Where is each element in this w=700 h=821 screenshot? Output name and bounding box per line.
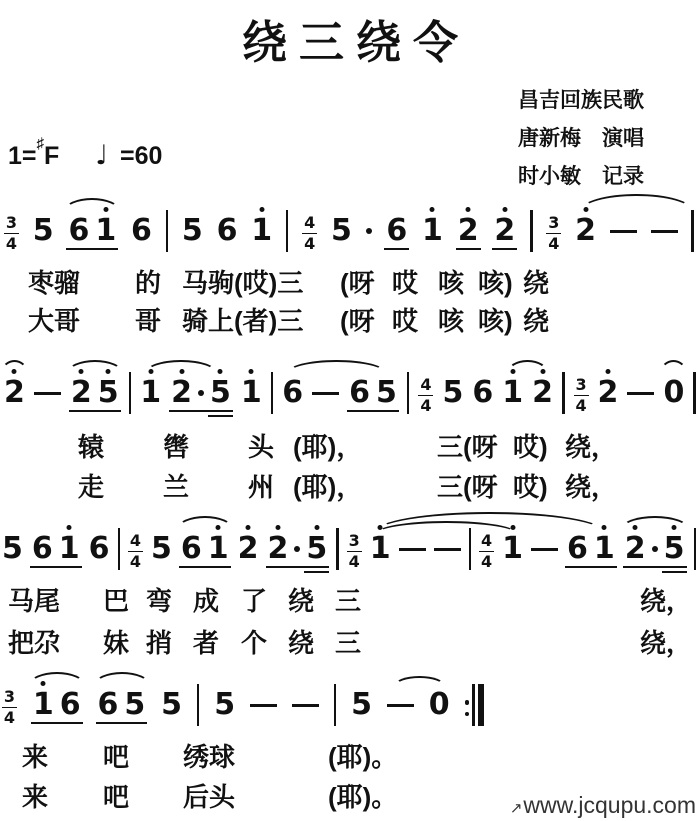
octave-dot — [605, 369, 610, 374]
repeat-dot — [465, 712, 470, 717]
note: 6 — [349, 378, 370, 408]
octave-dot — [378, 525, 383, 530]
note: 5 — [442, 378, 463, 408]
time-sig-numerator: 3 — [6, 215, 17, 231]
lyric-segment: 绕 — [523, 306, 549, 337]
barline-stroke — [407, 372, 410, 414]
time-sig-numerator: 4 — [420, 377, 431, 393]
note-token: 6 — [131, 198, 152, 260]
lyric-segment: 妹 — [103, 628, 129, 659]
time-signature: 44 — [418, 352, 433, 422]
note: 2 — [458, 216, 479, 246]
lyric-segment: 马驹(哎)三 — [182, 268, 303, 299]
lyric-segment: (耶)。 — [328, 742, 397, 773]
credit-singer: 唐新梅 演唱 — [518, 120, 644, 158]
quarter-note-icon: ♩ — [95, 140, 108, 171]
barline — [129, 360, 132, 422]
note: 1 — [502, 378, 523, 408]
lyric-segment: 三(呀 — [437, 472, 498, 503]
barline — [694, 516, 697, 578]
note: 2 — [598, 378, 619, 408]
augmentation-dot — [652, 546, 658, 552]
lyric-segment: 来 — [22, 742, 48, 773]
note: 5 — [351, 690, 372, 720]
time-signature: 44 — [302, 190, 317, 260]
time-sig-numerator: 4 — [304, 215, 315, 231]
barline-stroke — [271, 372, 274, 414]
lyric-segment: 绕， — [565, 432, 617, 463]
note: 1 — [502, 534, 523, 564]
held-dash — [610, 230, 637, 234]
note: 2 — [532, 378, 553, 408]
held-dash — [387, 704, 414, 708]
beam-group: 16 — [32, 672, 82, 734]
key-signature: 1=♯F♩=60 — [8, 140, 162, 171]
eighth-beam — [96, 722, 148, 725]
lyric-segment: 绕， — [640, 586, 692, 617]
note: 2 — [625, 534, 646, 564]
held-dash — [292, 704, 319, 708]
lyric-segment: (呀 — [340, 306, 375, 337]
beam-group: 65 — [348, 360, 398, 422]
lyric-segment: 绕 — [288, 628, 314, 659]
time-sig-denominator: 4 — [304, 236, 315, 252]
barline-stroke — [129, 372, 132, 414]
lyric-row-2: 大哥哥骑上(者)三(呀哎咳咳)绕 — [0, 306, 700, 338]
note-token: 6 — [217, 198, 238, 260]
held-dash — [651, 230, 678, 234]
octave-dot — [314, 525, 319, 530]
lyric-segment: 州 — [248, 472, 274, 503]
barline — [691, 198, 694, 260]
lyric-segment: 三(呀 — [437, 432, 498, 463]
lyric-segment: 辔 — [163, 432, 189, 463]
rest-token: 0 — [429, 672, 450, 734]
beam-group: 61 — [180, 516, 230, 578]
note: 2 — [494, 216, 515, 246]
note-token: 5 — [161, 672, 182, 734]
barline — [334, 672, 337, 734]
time-sig-denominator: 4 — [420, 398, 431, 414]
lyric-segment: 吧 — [103, 742, 129, 773]
octave-dot — [249, 369, 254, 374]
lyric-segment: 绕， — [640, 628, 692, 659]
note: 5 — [151, 534, 172, 564]
lyric-segment: 咳) — [478, 306, 513, 337]
credit-recorder: 时小敏 记录 — [518, 158, 644, 196]
note-token: 2 — [532, 360, 553, 422]
note-token: 1 — [370, 516, 391, 578]
note: 1 — [251, 216, 272, 246]
lyric-row-6: 把尕妹捎者个绕三绕， — [0, 628, 700, 660]
eighth-beam — [384, 248, 409, 251]
lyric-row-5: 马尾巴弯成了绕三绕， — [0, 586, 700, 618]
eighth-beam — [456, 248, 481, 251]
held-dash — [312, 392, 339, 396]
lyric-segment: 绕 — [288, 586, 314, 617]
beam-group: 6 — [385, 198, 408, 260]
note: 6 — [386, 216, 407, 246]
held-dash-token — [651, 198, 678, 260]
note: 2 — [171, 378, 192, 408]
time-signature: 44 — [479, 508, 494, 578]
octave-dot — [430, 207, 435, 212]
sixteenth-beam — [208, 415, 233, 418]
lyric-segment: 辕 — [78, 432, 104, 463]
barline — [530, 198, 533, 260]
time-signature: 34 — [347, 508, 362, 578]
lyric-segment: 哎) — [513, 472, 548, 503]
time-sig-denominator: 4 — [4, 710, 15, 726]
barline — [166, 198, 169, 260]
lyric-row-7: 来吧绣球(耶)。 — [0, 742, 700, 774]
held-dash-token — [387, 672, 414, 734]
note: 2 — [575, 216, 596, 246]
repeat-dot — [465, 700, 470, 705]
time-sig-numerator: 3 — [575, 377, 586, 393]
note: 6 — [131, 216, 152, 246]
time-sig-numerator: 3 — [349, 533, 360, 549]
note: 6 — [60, 690, 81, 720]
note-token: 2 — [575, 198, 596, 260]
watermark: ↗www.jcqupu.com — [510, 792, 696, 819]
beam-group: 2 — [493, 198, 516, 260]
note: 6 — [282, 378, 303, 408]
note: 2 — [268, 534, 289, 564]
lyric-segment: 个 — [241, 628, 267, 659]
lyric-segment: 来 — [22, 782, 48, 813]
music-line-4: 3416655550 — [2, 668, 484, 734]
note-token: 5 — [151, 516, 172, 578]
eighth-beam — [266, 566, 330, 569]
barline — [469, 516, 472, 578]
tempo: ♩=60 — [95, 142, 162, 170]
rest-token: 0 — [663, 360, 684, 422]
barline — [118, 516, 121, 578]
lyric-segment: 成 — [193, 586, 219, 617]
note: 1 — [140, 378, 161, 408]
lyric-segment: 咳 — [438, 268, 464, 299]
note: 6 — [89, 534, 110, 564]
lyric-segment: 兰 — [163, 472, 189, 503]
eighth-beam — [492, 248, 517, 251]
time-signature: 34 — [574, 352, 589, 422]
note: 2 — [238, 534, 259, 564]
note-token: 5 — [2, 516, 23, 578]
barline — [286, 198, 289, 260]
octave-dot — [148, 369, 153, 374]
held-dash-token — [531, 516, 558, 578]
lyric-segment: 后头 — [183, 782, 235, 813]
lyric-segment: 哥 — [135, 306, 161, 337]
octave-dot — [218, 369, 223, 374]
note-token: 5 — [33, 198, 54, 260]
eighth-beam — [169, 410, 233, 413]
note: 2 — [71, 378, 92, 408]
held-dash — [250, 704, 277, 708]
lyric-segment: 把尕 — [8, 628, 60, 659]
time-signature: 34 — [2, 664, 17, 734]
note: 1 — [370, 534, 391, 564]
held-dash-token — [627, 360, 654, 422]
credit-origin: 昌吉回族民歌 — [518, 82, 644, 120]
lyric-segment: 骑上(者)三 — [182, 306, 303, 337]
barline-stroke — [197, 684, 200, 726]
rest-note: 0 — [429, 690, 450, 720]
eighth-beam — [347, 410, 399, 413]
beam-group: 2 — [457, 198, 480, 260]
lyric-segment: 者 — [193, 628, 219, 659]
held-dash-token — [292, 672, 319, 734]
barline-stroke — [469, 528, 472, 570]
arrow-icon: ↗ — [510, 800, 523, 817]
octave-dot — [106, 369, 111, 374]
note: 6 — [567, 534, 588, 564]
held-dash — [399, 548, 426, 552]
note-token: 5 — [442, 360, 463, 422]
time-sig-numerator: 4 — [481, 533, 492, 549]
eighth-beam — [31, 722, 83, 725]
lyric-segment: 哎 — [392, 268, 418, 299]
note: 1 — [208, 534, 229, 564]
beam-group: 61 — [67, 198, 117, 260]
octave-dot — [540, 369, 545, 374]
note: 6 — [68, 216, 89, 246]
octave-dot — [259, 207, 264, 212]
note: 6 — [32, 534, 53, 564]
note-token: 1 — [241, 360, 262, 422]
repeat-end-barline — [465, 672, 485, 734]
held-dash-token — [34, 360, 61, 422]
held-dash-token — [312, 360, 339, 422]
thick-barline — [478, 684, 485, 726]
beam-group: 65 — [97, 672, 147, 734]
song-title: 绕三绕令 — [0, 6, 700, 71]
music-line-2: 22512516654456123420 — [4, 356, 696, 422]
barline-stroke — [562, 372, 565, 414]
music-line-1: 3456165614456122342 — [4, 194, 694, 260]
note: 6 — [217, 216, 238, 246]
lyric-segment: 咳 — [438, 306, 464, 337]
note: 1 — [594, 534, 615, 564]
eighth-beam — [69, 410, 121, 413]
note: 1 — [422, 216, 443, 246]
octave-dot — [583, 207, 588, 212]
barline-stroke — [691, 210, 694, 252]
time-signature: 34 — [546, 190, 561, 260]
lyric-segment: 吧 — [103, 782, 129, 813]
time-sig-numerator: 4 — [130, 533, 141, 549]
octave-dot — [466, 207, 471, 212]
octave-dot — [246, 525, 251, 530]
note: 5 — [2, 534, 23, 564]
barline — [336, 516, 339, 578]
sharp-icon: ♯ — [37, 135, 45, 152]
lyric-segment: 咳) — [478, 268, 513, 299]
time-signature: 44 — [128, 508, 143, 578]
octave-dot — [67, 525, 72, 530]
note-token: 5 — [331, 198, 352, 260]
barline-stroke — [118, 528, 121, 570]
barline-stroke — [530, 210, 533, 252]
note: 6 — [472, 378, 493, 408]
lyric-segment: 捎 — [146, 628, 172, 659]
lyric-segment: 枣骝 — [28, 268, 80, 299]
octave-dot — [502, 207, 507, 212]
thin-barline — [472, 684, 475, 726]
lyric-segment: 大哥 — [28, 306, 80, 337]
held-dash-token — [610, 198, 637, 260]
time-signature: 34 — [4, 190, 19, 260]
eighth-beam — [66, 248, 118, 251]
lyric-segment: (耶)， — [293, 472, 362, 503]
octave-dot — [672, 525, 677, 530]
note-token: 5 — [182, 198, 203, 260]
lyric-segment: 巴 — [103, 586, 129, 617]
note: 5 — [33, 216, 54, 246]
time-sig-denominator: 4 — [130, 554, 141, 570]
note: 1 — [95, 216, 116, 246]
held-dash-token — [434, 516, 461, 578]
beam-group: 25 — [170, 360, 232, 422]
barline-stroke — [166, 210, 169, 252]
note: 5 — [664, 534, 685, 564]
note-token: 6 — [472, 360, 493, 422]
beam-group: 25 — [267, 516, 329, 578]
note-token: 1 — [251, 198, 272, 260]
octave-dot — [602, 525, 607, 530]
lyric-segment: 哎 — [392, 306, 418, 337]
eighth-beam — [565, 566, 617, 569]
lyric-segment: (耶)， — [293, 432, 362, 463]
octave-dot — [79, 369, 84, 374]
time-sig-denominator: 4 — [349, 554, 360, 570]
repeat-dots — [465, 700, 470, 716]
lyric-segment: 绕 — [523, 268, 549, 299]
rest-note: 0 — [663, 378, 684, 408]
beam-group: 61 — [566, 516, 616, 578]
note: 2 — [4, 378, 25, 408]
held-dash — [531, 548, 558, 552]
eighth-beam — [179, 566, 231, 569]
note: 5 — [331, 216, 352, 246]
note-token: 2 — [4, 360, 25, 422]
time-sig-numerator: 3 — [548, 215, 559, 231]
key-letter: F — [44, 142, 59, 170]
lyric-segment: 了 — [241, 586, 267, 617]
held-dash-token — [399, 516, 426, 578]
barline — [562, 360, 565, 422]
beam-group: 25 — [70, 360, 120, 422]
octave-dot — [633, 525, 638, 530]
eighth-beam — [30, 566, 82, 569]
augmentation-dot — [366, 228, 372, 234]
note-token: 1 — [140, 360, 161, 422]
note: 6 — [181, 534, 202, 564]
note: 5 — [214, 690, 235, 720]
music-line-3: 5616445612253414416125 — [2, 512, 696, 578]
note: 5 — [210, 378, 231, 408]
lyric-segment: 头 — [248, 432, 274, 463]
tempo-value: =60 — [120, 142, 162, 170]
barline — [271, 360, 274, 422]
lyric-segment: 的 — [135, 268, 161, 299]
octave-dot — [179, 369, 184, 374]
watermark-text: www.jcqupu.com — [523, 792, 696, 818]
note-token: 2 — [238, 516, 259, 578]
time-sig-denominator: 4 — [575, 398, 586, 414]
lyric-segment: (呀 — [340, 268, 375, 299]
note-token: 1 — [502, 516, 523, 578]
held-dash-token — [250, 672, 277, 734]
lyric-segment: 绕， — [565, 472, 617, 503]
octave-dot — [510, 525, 515, 530]
octave-dot — [275, 525, 280, 530]
note: 1 — [59, 534, 80, 564]
octave-dot — [12, 369, 17, 374]
lyric-segment: (耶)。 — [328, 782, 397, 813]
note: 5 — [98, 378, 119, 408]
note-token: 1 — [502, 360, 523, 422]
barline — [197, 672, 200, 734]
eighth-beam — [623, 566, 687, 569]
lyric-segment: 绣球 — [183, 742, 235, 773]
note: 5 — [182, 216, 203, 246]
note-token: 1 — [422, 198, 443, 260]
note-token: 6 — [89, 516, 110, 578]
octave-dot — [510, 369, 515, 374]
barline-stroke — [286, 210, 289, 252]
dot-token — [366, 198, 372, 260]
barline — [407, 360, 410, 422]
lyric-segment: 哎) — [513, 432, 548, 463]
note-token: 6 — [282, 360, 303, 422]
octave-dot — [103, 207, 108, 212]
sixteenth-beam — [304, 571, 329, 574]
lyric-segment: 三 — [335, 628, 361, 659]
note: 6 — [98, 690, 119, 720]
barline-stroke — [334, 684, 337, 726]
barline-stroke — [694, 528, 697, 570]
time-sig-denominator: 4 — [6, 236, 17, 252]
lyric-row-3: 辕辔头(耶)，三(呀哎)绕， — [0, 432, 700, 464]
octave-dot — [216, 525, 221, 530]
lyric-segment: 弯 — [146, 586, 172, 617]
lyric-row-1: 枣骝的马驹(哎)三(呀哎咳咳)绕 — [0, 268, 700, 300]
beam-group: 61 — [31, 516, 81, 578]
note-token: 2 — [598, 360, 619, 422]
barline — [693, 360, 696, 422]
credits: 昌吉回族民歌 唐新梅 演唱 时小敏 记录 — [518, 82, 644, 196]
note-token: 5 — [351, 672, 372, 734]
held-dash — [627, 392, 654, 396]
sixteenth-beam — [662, 571, 687, 574]
note: 5 — [124, 690, 145, 720]
octave-dot — [41, 681, 46, 686]
time-sig-numerator: 3 — [4, 689, 15, 705]
note: 1 — [241, 378, 262, 408]
barline-stroke — [336, 528, 339, 570]
note-token: 5 — [214, 672, 235, 734]
lyric-row-4: 走兰州(耶)，三(呀哎)绕， — [0, 472, 700, 504]
time-sig-denominator: 4 — [481, 554, 492, 570]
held-dash — [34, 392, 61, 396]
augmentation-dot — [294, 546, 300, 552]
lyric-segment: 走 — [78, 472, 104, 503]
score-page: 绕三绕令 昌吉回族民歌 唐新梅 演唱 时小敏 记录 1=♯F♩=60 34561… — [0, 0, 700, 821]
note: 5 — [376, 378, 397, 408]
held-dash — [434, 548, 461, 552]
